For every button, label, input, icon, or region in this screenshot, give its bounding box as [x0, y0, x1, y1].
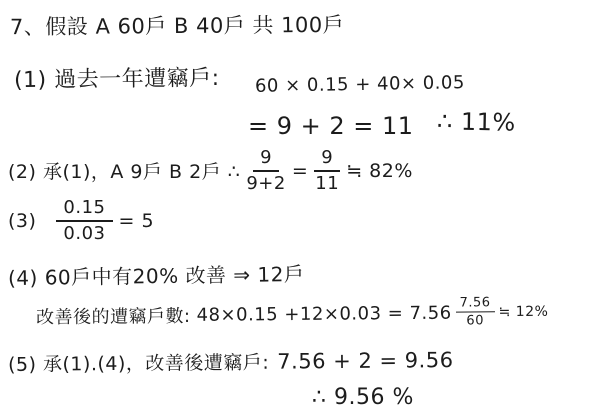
equals-sign: = [292, 160, 308, 182]
fraction-denominator: 60 [466, 313, 484, 329]
fraction-denominator: 9+2 [246, 172, 286, 194]
step1-expression: 60 × 0.15 + 40× 0.05 [255, 72, 465, 97]
step4-line2: 改善後的遭竊戶數: 48×0.15 +12×0.03 = 7.56 7.56 6… [36, 296, 549, 333]
fraction-numerator: 7.56 [455, 296, 494, 313]
step3-label: (3) [8, 210, 36, 232]
step4-side-result: ≒ 12% [499, 304, 549, 320]
fraction-denominator: 11 [315, 172, 339, 194]
fraction-denominator: 0.03 [63, 222, 105, 244]
step4-expression: 48×0.15 +12×0.03 = 7.56 [196, 302, 451, 325]
step2-fraction-1: 9 9+2 [246, 148, 286, 194]
step5-conclusion: ∴ 9.56 % [312, 385, 414, 410]
step4-label: 改善後的遭竊戶數: [36, 302, 191, 329]
step5-expression: 7.56 + 2 = 9.56 [277, 348, 453, 374]
fraction-numerator: 9 [253, 148, 279, 172]
step2-label: (2) 承(1)，A 9戶 B 2戶 ∴ [8, 157, 240, 184]
step3-result: = 5 [119, 210, 155, 232]
step5-line: (5) 承(1).(4)，改善後遭竊戶: 7.56 + 2 = 9.56 [8, 346, 454, 377]
step4-line1: (4) 60戶中有20% 改善 ⇒ 12戶 [8, 258, 305, 291]
step3-line: (3) 0.15 0.03 = 5 [8, 198, 154, 244]
step5-label: (5) 承(1).(4)，改善後遭竊戶: [8, 348, 269, 377]
step2-line: (2) 承(1)，A 9戶 B 2戶 ∴ 9 9+2 = 9 11 ≒ 82% [8, 148, 413, 194]
fraction-numerator: 9 [314, 148, 340, 172]
step1-result: = 9 + 2 = 11 [248, 112, 414, 140]
step1-conclusion: ∴ 11% [437, 107, 516, 136]
step2-fraction-2: 9 11 [314, 148, 340, 194]
problem-title: 7、假設 A 60戶 B 40戶 共 100戶 [10, 9, 344, 41]
step4-side-fraction: 7.56 60 [455, 296, 494, 329]
handwritten-note-sheet: 7、假設 A 60戶 B 40戶 共 100戶 (1) 過去一年遭竊戶: 60 … [0, 0, 600, 417]
step3-fraction: 0.15 0.03 [56, 198, 112, 244]
step2-result: ≒ 82% [346, 160, 413, 182]
step1-label: (1) 過去一年遭竊戶: [14, 61, 220, 94]
fraction-numerator: 0.15 [56, 198, 112, 222]
